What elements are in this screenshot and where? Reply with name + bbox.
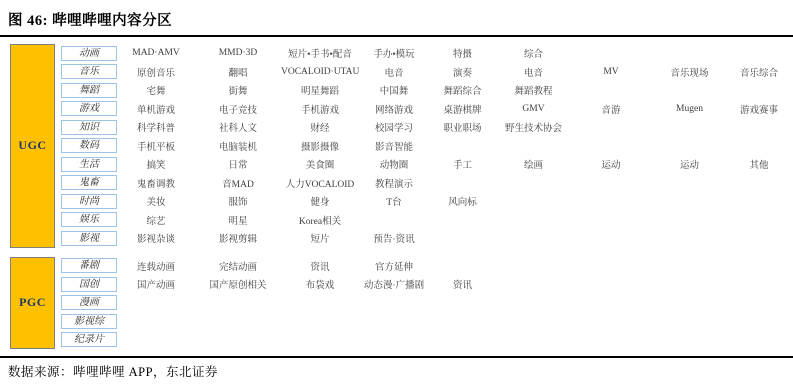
subcategory-cell: 绘画 xyxy=(496,157,571,171)
category-chip-cell: 音乐 xyxy=(61,63,117,82)
subcategory-cell: 手机平板 xyxy=(117,139,195,153)
category-chip-cell: 鬼畜 xyxy=(61,174,117,193)
data-source: 数据来源：哔哩哔哩 APP，东北证券 xyxy=(8,362,218,380)
subcategory-cell: GMV xyxy=(496,104,571,114)
subcategory-cell: 街舞 xyxy=(195,83,281,97)
category-chip: 影视综 xyxy=(61,314,117,329)
subcategory-cell: 财经 xyxy=(281,120,359,134)
subcategory-cell: 风向标 xyxy=(429,194,496,208)
category-chip-cell: 娱乐 xyxy=(61,211,117,230)
subcategory-cell: 完结动画 xyxy=(195,259,281,273)
figure-page: 图 46: 哔哩哔哩内容分区 UGC动画MAD·AMVMMD·3D短片•手书•配… xyxy=(0,0,793,385)
category-chip: 生活 xyxy=(61,157,117,172)
subcategory-cell: 音游 xyxy=(571,102,651,116)
group-box-pgc: PGC xyxy=(10,257,55,350)
category-row: 影视影视杂谈影视剪辑短片预告·资讯 xyxy=(61,229,793,248)
group-section-ugc: UGC动画MAD·AMVMMD·3D短片•手书•配音手办•模玩特摄综合音乐原创音… xyxy=(0,44,793,248)
subcategory-cell: 社科人文 xyxy=(195,120,281,134)
category-chip: 纪录片 xyxy=(61,332,117,347)
subcategory-cell: 翻唱 xyxy=(195,65,281,79)
category-chip: 漫画 xyxy=(61,295,117,310)
category-row: 影视综 xyxy=(61,312,793,331)
subcategory-cell: 鬼畜调教 xyxy=(117,176,195,190)
subcategory-cell: Korea相关 xyxy=(281,213,359,227)
category-row: 鬼畜鬼畜调教音MAD人力VOCALOID教程演示 xyxy=(61,174,793,193)
subcategory-cell: 野生技术协会 xyxy=(496,120,571,134)
subcategory-cell: 演奏 xyxy=(429,65,496,79)
subcategory-cell: 宅舞 xyxy=(117,83,195,97)
subcategory-cell: 动物圈 xyxy=(359,157,429,171)
subcategory-cell: 运动 xyxy=(651,157,728,171)
category-row: 生活搞笑日常美食圈动物圈手工绘画运动运动其他 xyxy=(61,155,793,174)
category-chip-cell: 国创 xyxy=(61,275,117,294)
subcategory-cell: 教程演示 xyxy=(359,176,429,190)
subcategory-cell: 舞蹈综合 xyxy=(429,83,496,97)
group-rows-ugc: 动画MAD·AMVMMD·3D短片•手书•配音手办•模玩特摄综合音乐原创音乐翻唱… xyxy=(61,44,793,248)
subcategory-cell: 其他 xyxy=(728,157,790,171)
category-chip: 番剧 xyxy=(61,258,117,273)
category-chip: 动画 xyxy=(61,46,117,61)
category-chip: 时尚 xyxy=(61,194,117,209)
subcategory-cell: 原创音乐 xyxy=(117,65,195,79)
subcategory-cell: 短片 xyxy=(281,231,359,245)
subcategory-cell: 美食圈 xyxy=(281,157,359,171)
subcategory-cell: 舞蹈教程 xyxy=(496,83,571,97)
category-chip-cell: 知识 xyxy=(61,118,117,137)
subcategory-cell: 明星舞蹈 xyxy=(281,83,359,97)
subcategory-cell: 音MAD xyxy=(195,176,281,190)
subcategory-cell: 日常 xyxy=(195,157,281,171)
subcategory-cell: 电音 xyxy=(359,65,429,79)
subcategory-cell: 资讯 xyxy=(281,259,359,273)
subcategory-cell: 手机游戏 xyxy=(281,102,359,116)
category-chip: 舞蹈 xyxy=(61,83,117,98)
subcategory-cell: 音乐综合 xyxy=(728,65,790,79)
subcategory-cell: 官方延伸 xyxy=(359,259,429,273)
subcategory-cell: MMD·3D xyxy=(195,48,281,58)
category-chip: 数码 xyxy=(61,138,117,153)
category-row: 娱乐综艺明星Korea相关 xyxy=(61,211,793,230)
subcategory-cell: 摄影摄像 xyxy=(281,139,359,153)
subcategory-cell: 美妆 xyxy=(117,194,195,208)
subcategory-cell: 影音智能 xyxy=(359,139,429,153)
category-chip: 影视 xyxy=(61,231,117,246)
subcategory-cell: 科学科普 xyxy=(117,120,195,134)
group-section-pgc: PGC番剧连载动画完结动画资讯官方延伸国创国产动画国产原创相关布袋戏动态漫·广播… xyxy=(0,257,793,350)
subcategory-cell: 服饰 xyxy=(195,194,281,208)
category-row: 漫画 xyxy=(61,294,793,313)
title-divider-line xyxy=(0,35,793,37)
figure-title: 图 46: 哔哩哔哩内容分区 xyxy=(0,0,793,35)
subcategory-cell: 电脑装机 xyxy=(195,139,281,153)
subcategory-cell: VOCALOID·UTAU xyxy=(281,67,359,77)
category-chip-cell: 动画 xyxy=(61,44,117,63)
subcategory-cell: 布袋戏 xyxy=(281,277,359,291)
category-chip-cell: 影视综 xyxy=(61,312,117,331)
subcategory-cell: 明星 xyxy=(195,213,281,227)
group-box-ugc: UGC xyxy=(10,44,55,248)
subcategory-cell: 手办•模玩 xyxy=(359,46,429,60)
subcategory-cell: 影视剪辑 xyxy=(195,231,281,245)
category-row: 游戏单机游戏电子竞技手机游戏网络游戏桌游棋牌GMV音游Mugen游戏赛事 xyxy=(61,100,793,119)
subcategory-cell: 人力VOCALOID xyxy=(281,176,359,190)
category-chip-cell: 时尚 xyxy=(61,192,117,211)
subcategory-cell: 预告·资讯 xyxy=(359,231,429,245)
category-row: 动画MAD·AMVMMD·3D短片•手书•配音手办•模玩特摄综合 xyxy=(61,44,793,63)
subcategory-cell: 游戏赛事 xyxy=(728,102,790,116)
footer-divider-line xyxy=(0,356,793,358)
subcategory-cell: 手工 xyxy=(429,157,496,171)
subcategory-cell: 桌游棋牌 xyxy=(429,102,496,116)
subcategory-cell: Mugen xyxy=(651,104,728,114)
subcategory-cell: 电子竞技 xyxy=(195,102,281,116)
subcategory-cell: 健身 xyxy=(281,194,359,208)
category-chip: 音乐 xyxy=(61,64,117,79)
category-chip: 娱乐 xyxy=(61,212,117,227)
subcategory-cell: 连载动画 xyxy=(117,259,195,273)
category-chip-cell: 舞蹈 xyxy=(61,81,117,100)
subcategory-cell: 综合 xyxy=(496,46,571,60)
category-row: 国创国产动画国产原创相关布袋戏动态漫·广播剧资讯 xyxy=(61,275,793,294)
subcategory-cell: 搞笑 xyxy=(117,157,195,171)
category-row: 舞蹈宅舞街舞明星舞蹈中国舞舞蹈综合舞蹈教程 xyxy=(61,81,793,100)
subcategory-cell: 单机游戏 xyxy=(117,102,195,116)
category-chip-cell: 漫画 xyxy=(61,294,117,313)
category-row: 纪录片 xyxy=(61,331,793,350)
category-chip: 国创 xyxy=(61,277,117,292)
category-row: 音乐原创音乐翻唱VOCALOID·UTAU电音演奏电音MV音乐现场音乐综合 xyxy=(61,63,793,82)
subcategory-cell: MAD·AMV xyxy=(117,48,195,58)
subcategory-cell: 国产动画 xyxy=(117,277,195,291)
category-chip-cell: 番剧 xyxy=(61,257,117,276)
subcategory-cell: 资讯 xyxy=(429,277,496,291)
category-chip: 游戏 xyxy=(61,101,117,116)
subcategory-cell: 职业职场 xyxy=(429,120,496,134)
subcategory-cell: 综艺 xyxy=(117,213,195,227)
category-row: 数码手机平板电脑装机摄影摄像影音智能 xyxy=(61,137,793,156)
subcategory-cell: 影视杂谈 xyxy=(117,231,195,245)
category-map: UGC动画MAD·AMVMMD·3D短片•手书•配音手办•模玩特摄综合音乐原创音… xyxy=(0,44,793,349)
subcategory-cell: 短片•手书•配音 xyxy=(281,46,359,60)
subcategory-cell: 特摄 xyxy=(429,46,496,60)
subcategory-cell: 中国舞 xyxy=(359,83,429,97)
subcategory-cell: 运动 xyxy=(571,157,651,171)
subcategory-cell: MV xyxy=(571,67,651,77)
subcategory-cell: 电音 xyxy=(496,65,571,79)
subcategory-cell: T台 xyxy=(359,194,429,208)
category-chip-cell: 游戏 xyxy=(61,100,117,119)
subcategory-cell: 国产原创相关 xyxy=(195,277,281,291)
category-row: 番剧连载动画完结动画资讯官方延伸 xyxy=(61,257,793,276)
category-row: 知识科学科普社科人文财经校园学习职业职场野生技术协会 xyxy=(61,118,793,137)
category-chip-cell: 数码 xyxy=(61,137,117,156)
subcategory-cell: 动态漫·广播剧 xyxy=(359,277,429,291)
category-chip: 鬼畜 xyxy=(61,175,117,190)
category-chip: 知识 xyxy=(61,120,117,135)
subcategory-cell: 网络游戏 xyxy=(359,102,429,116)
category-chip-cell: 纪录片 xyxy=(61,331,117,350)
subcategory-cell: 校园学习 xyxy=(359,120,429,134)
group-rows-pgc: 番剧连载动画完结动画资讯官方延伸国创国产动画国产原创相关布袋戏动态漫·广播剧资讯… xyxy=(61,257,793,350)
category-chip-cell: 影视 xyxy=(61,229,117,248)
category-row: 时尚美妆服饰健身T台风向标 xyxy=(61,192,793,211)
subcategory-cell: 音乐现场 xyxy=(651,65,728,79)
category-chip-cell: 生活 xyxy=(61,155,117,174)
